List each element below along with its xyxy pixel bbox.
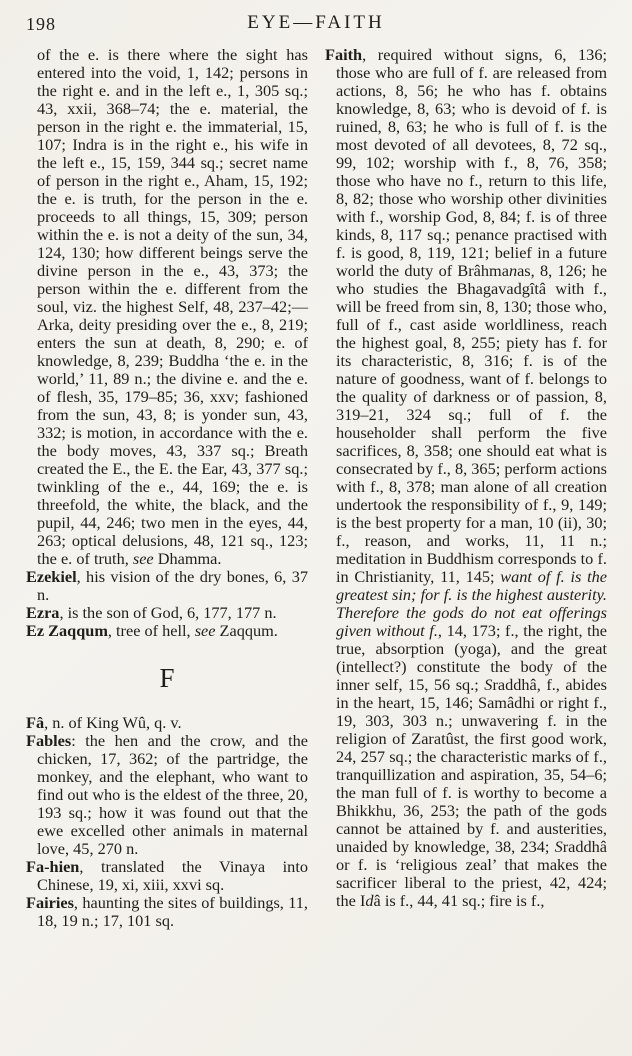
left-column: of the e. is there where the sight has e…	[26, 46, 308, 930]
section-heading: F	[26, 663, 308, 693]
index-entry: Fa-hien, translated the Vinaya into Chin…	[26, 858, 308, 894]
index-entry: Ezekiel, his vision of the dry bones, 6,…	[26, 568, 308, 604]
index-entry: Fâ, n. of King Wû, q. v.	[26, 714, 308, 732]
index-entry: Faith, required without signs, 6, 136; t…	[325, 46, 607, 910]
book-page: 198 EYE—FAITH of the e. is there where t…	[0, 0, 632, 1056]
index-entry: Fables: the hen and the crow, and the ch…	[26, 732, 308, 858]
index-columns: of the e. is there where the sight has e…	[26, 46, 608, 930]
index-entry: Fairies, haunting the sites of buildings…	[26, 894, 308, 930]
page-header: 198 EYE—FAITH	[26, 12, 606, 38]
index-entry: of the e. is there where the sight has e…	[26, 46, 308, 568]
index-entry: Ez Zaqqum, tree of hell, see Zaqqum.	[26, 622, 308, 640]
right-column: Faith, required without signs, 6, 136; t…	[325, 46, 607, 930]
running-title: EYE—FAITH	[26, 12, 606, 34]
index-entry: Ezra, is the son of God, 6, 177, 177 n.	[26, 604, 308, 622]
